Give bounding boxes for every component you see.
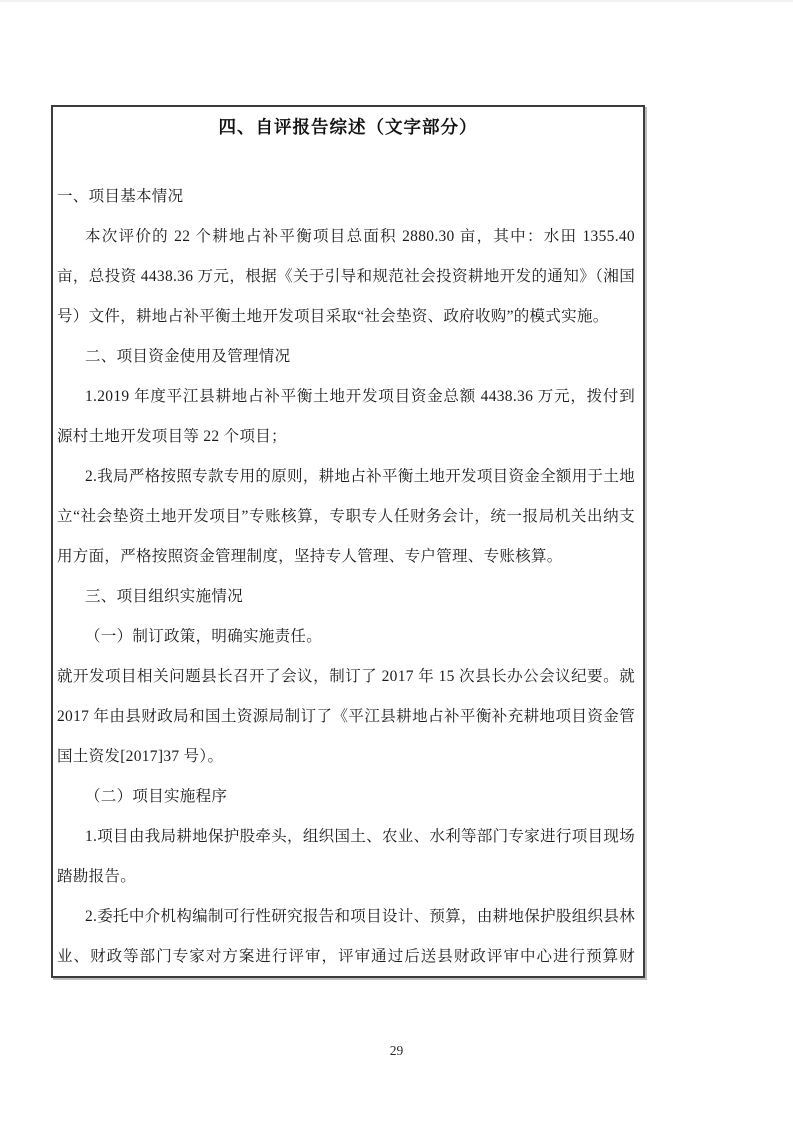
text-line: 1.2019 年度平江县耕地占补平衡土地开发项目资金总额 4438.36 万元，… [57,377,635,417]
text-line: 1.项目由我局耕地保护股牵头，组织国土、农业、水利等部门专家进行项目现场选址，并… [57,817,635,857]
text-line: 亩，总投资 4438.36 万元，根据《关于引导和规范社会投资耕地开发的通知》（… [57,257,635,297]
text-line: （一）制订政策，明确实施责任。 [57,617,635,657]
scan-edge-artifact [0,0,793,2]
text-line: 源村土地开发项目等 22 个项目； [57,417,635,457]
report-box: 四、自评报告综述（文字部分） 一、项目基本情况本次评价的 22 个耕地占补平衡项… [51,105,645,978]
text-line: 立“社会垫资土地开发项目”专账核算，专职专人任财务会计，统一报局机关出纳支付。在… [57,497,635,537]
page-number: 29 [0,1041,793,1061]
text-line: 本次评价的 22 个耕地占补平衡项目总面积 2880.30 亩，其中：水田 13… [57,217,635,257]
text-line: 踏勘报告。 [57,857,635,897]
text-line: 2.我局严格按照专款专用的原则，耕地占补平衡土地开发项目资金全额用于土地开发项目… [57,457,635,497]
text-line: 2017 年由县财政局和国土资源局制订了《平江县耕地占补平衡补充耕地项目资金管理… [57,697,635,737]
text-line: 二、项目资金使用及管理情况 [57,337,635,377]
text-line: 就开发项目相关问题县长召开了会议，制订了 2017 年 15 次县长办公会议纪要… [57,657,635,697]
report-body: 一、项目基本情况本次评价的 22 个耕地占补平衡项目总面积 2880.30 亩，… [53,177,643,977]
text-line: 一、项目基本情况 [57,177,635,217]
report-title: 四、自评报告综述（文字部分） [53,107,643,147]
text-line: 国土资发[2017]37 号）。 [57,737,635,777]
document-page: 四、自评报告综述（文字部分） 一、项目基本情况本次评价的 22 个耕地占补平衡项… [0,0,793,1122]
text-line: 业、财政等部门专家对方案进行评审，评审通过后送县财政评审中心进行预算财评，财评通… [57,937,635,977]
text-line: 三、项目组织实施情况 [57,577,635,617]
text-line: 号）文件，耕地占补平衡土地开发项目采取“社会垫资、政府收购”的模式实施。 [57,297,635,337]
text-line: （二）项目实施程序 [57,777,635,817]
text-line: 用方面，严格按照资金管理制度，坚持专人管理、专户管理、专账核算。 [57,537,635,577]
text-line: 2.委托中介机构编制可行性研究报告和项目设计、预算，由耕地保护股组织县林业、水务… [57,897,635,937]
